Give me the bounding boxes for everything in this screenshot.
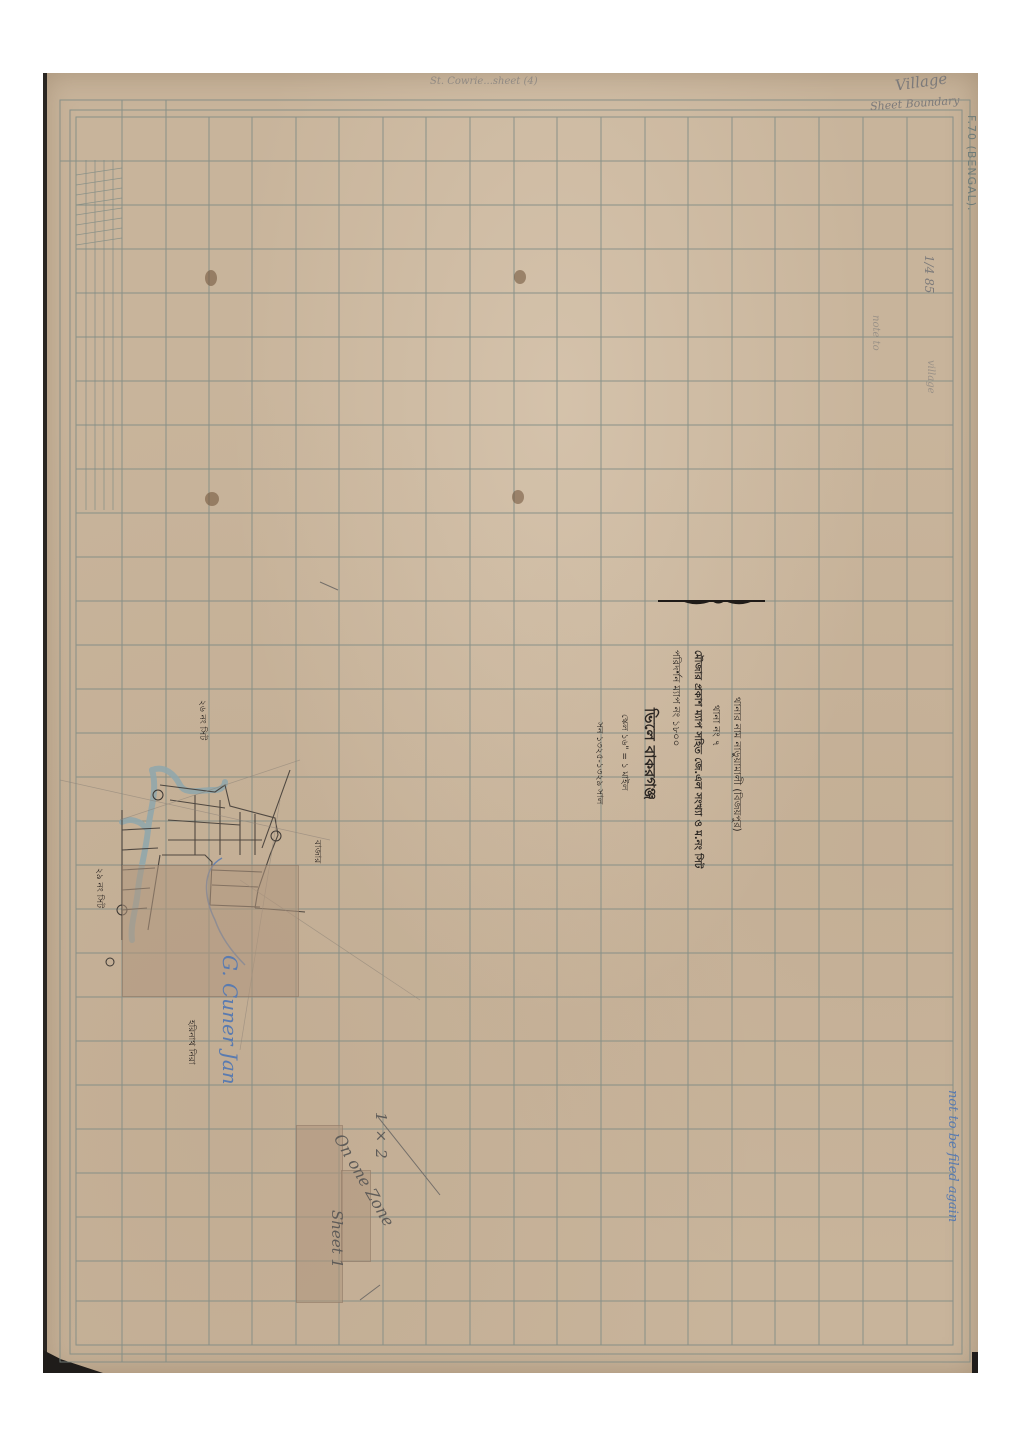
signature-blue: G. Cuner Jan [218, 955, 242, 1085]
paper-patch [122, 865, 299, 997]
annotation-right-note: village [925, 360, 936, 394]
title-heading: ভিলে বাকরগঞ্জ [638, 708, 663, 800]
label-west-sheet: ২৯ নং সিট [92, 868, 107, 908]
survey-grid [0, 0, 1024, 1447]
stain [512, 490, 524, 504]
label-south: হরিনাথ নিরা [184, 1020, 199, 1064]
title-line-mouza: মৌজার প্রকাশ ম্যাপ সহিত জে.এল সংখ্যা ও ম… [688, 650, 705, 868]
stain [514, 270, 526, 284]
form-label: F.70 (BENGAL). [965, 115, 978, 212]
annotation-top-center: St. Cowrie...sheet (4) [430, 76, 538, 87]
title-line-thana: থানার নাম নাড়ুয়ামালী (বিজয়পুর) [727, 697, 744, 832]
annotation-right-note: note to [870, 315, 881, 351]
diagonal-scale [76, 160, 122, 510]
label-bazar: বাজার [310, 840, 325, 863]
title-line-map-no: পরিদর্শন ম্যাপ নং ১৮০০ [666, 650, 683, 746]
title-years: সন ১৩২৫-১৩২৯ সাল [592, 722, 607, 804]
stain [205, 270, 217, 286]
pencil-tick [320, 582, 338, 590]
annotation-right-number: 1/4 85 [922, 255, 936, 293]
annotation-1x2: 1 × 2 [372, 1112, 390, 1159]
stain [205, 492, 219, 506]
annotation-sheet-1: Sheet 1 [328, 1210, 346, 1268]
title-scale: স্কেল ১৬" = ১ মাইল [617, 714, 632, 791]
title-ornament [658, 600, 765, 604]
annotation-right-blue: not to be filed again [945, 1090, 960, 1222]
pencil-slash [360, 1285, 380, 1300]
title-line-thana-no: থানা নং ৭ [706, 705, 723, 746]
label-north-sheet: ২৬ নং সিট [195, 700, 210, 740]
